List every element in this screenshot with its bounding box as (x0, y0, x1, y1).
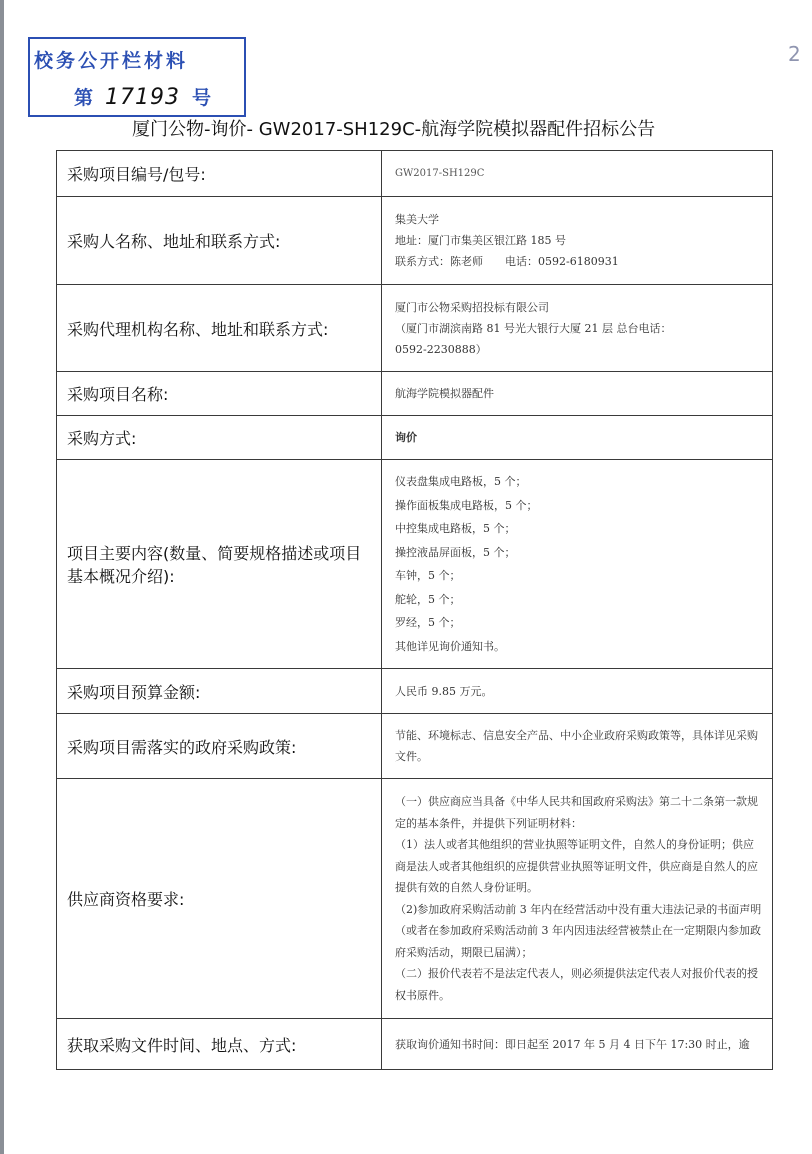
table-row: 供应商资格要求: （一）供应商应当具备《中华人民共和国政府采购法》第二十二条第一… (57, 779, 773, 1019)
budget-amount: 人民币 9.85 万元。 (395, 681, 762, 702)
stamp-number: 17193 (105, 85, 180, 110)
stamp-suffix: 号 (192, 87, 211, 109)
item-line: 车钟，5 个； (395, 564, 762, 588)
row-value: 航海学院模拟器配件 (382, 372, 773, 416)
row-label: 供应商资格要求: (57, 779, 382, 1019)
table-row: 项目主要内容(数量、简要规格描述或项目基本概况介绍): 仪表盘集成电路板，5 个… (57, 460, 773, 669)
row-value: （一）供应商应当具备《中华人民共和国政府采购法》第二十二条第一款规定的基本条件，… (382, 779, 773, 1019)
purchaser-name: 集美大学 (395, 209, 762, 230)
agency-phone: 0592-2230888） (395, 339, 762, 360)
qualification-paragraph: （2)参加政府采购活动前 3 年内在经营活动中没有重大违法记录的书面声明（或者在… (395, 899, 762, 964)
procurement-method: 询价 (395, 427, 762, 448)
qualification-paragraph: （1）法人或者其他组织的营业执照等证明文件，自然人的身份证明；供应商是法人或者其… (395, 834, 762, 899)
item-line: 舵轮，5 个； (395, 588, 762, 612)
table-row: 采购项目名称: 航海学院模拟器配件 (57, 372, 773, 416)
qualification-paragraph: （一）供应商应当具备《中华人民共和国政府采购法》第二十二条第一款规定的基本条件，… (395, 791, 762, 834)
qualification-paragraph: （二）报价代表若不是法定代表人，则必须提供法定代表人对报价代表的授权书原件。 (395, 963, 762, 1006)
announcement-table: 采购项目编号/包号: GW2017-SH129C 采购人名称、地址和联系方式: … (56, 150, 773, 1070)
row-label: 采购方式: (57, 416, 382, 460)
item-line: 罗经，5 个； (395, 611, 762, 635)
stamp-title: 校务公开栏材料 (34, 46, 188, 73)
table-row: 采购项目需落实的政府采购政策: 节能、环境标志、信息安全产品、中小企业政府采购政… (57, 714, 773, 779)
item-line: 操作面板集成电路板，5 个； (395, 494, 762, 518)
purchaser-address: 地址：厦门市集美区银江路 185 号 (395, 230, 762, 251)
table-row: 采购方式: 询价 (57, 416, 773, 460)
row-label: 采购项目名称: (57, 372, 382, 416)
table-row: 获取采购文件时间、地点、方式: 获取询价通知书时间：即日起至 2017 年 5 … (57, 1019, 773, 1070)
row-label: 采购人名称、地址和联系方式: (57, 197, 382, 285)
row-value: 仪表盘集成电路板，5 个； 操作面板集成电路板，5 个； 中控集成电路板，5 个… (382, 460, 773, 669)
table-row: 采购人名称、地址和联系方式: 集美大学 地址：厦门市集美区银江路 185 号 联… (57, 197, 773, 285)
row-label: 采购项目需落实的政府采购政策: (57, 714, 382, 779)
disclosure-stamp: 校务公开栏材料 第17193号 (28, 37, 246, 117)
row-label: 采购项目编号/包号: (57, 151, 382, 197)
stamp-number-line: 第17193号 (74, 83, 211, 110)
project-name: 航海学院模拟器配件 (395, 383, 762, 404)
table-row: 采购项目预算金额: 人民币 9.85 万元。 (57, 669, 773, 714)
row-value: 厦门市公物采购招投标有限公司 （厦门市湖滨南路 81 号光大银行大厦 21 层 … (382, 285, 773, 372)
purchaser-contact: 联系方式：陈老师 电话：0592-6180931 (395, 251, 762, 272)
row-label: 获取采购文件时间、地点、方式: (57, 1019, 382, 1070)
item-line: 其他详见询价通知书。 (395, 635, 762, 659)
agency-address: （厦门市湖滨南路 81 号光大银行大厦 21 层 总台电话： (395, 318, 762, 339)
row-value: 询价 (382, 416, 773, 460)
document-title: 厦门公物-询价- GW2017-SH129C-航海学院模拟器配件招标公告 (132, 115, 655, 141)
document-acquisition: 获取询价通知书时间：即日起至 2017 年 5 月 4 日下午 17:30 时止… (395, 1034, 762, 1055)
item-line: 操控液晶屏面板，5 个； (395, 541, 762, 565)
row-value: GW2017-SH129C (382, 151, 773, 197)
table-row: 采购代理机构名称、地址和联系方式: 厦门市公物采购招投标有限公司 （厦门市湖滨南… (57, 285, 773, 372)
row-value: 节能、环境标志、信息安全产品、中小企业政府采购政策等，具体详见采购文件。 (382, 714, 773, 779)
stamp-prefix: 第 (74, 87, 93, 109)
item-line: 中控集成电路板，5 个； (395, 517, 762, 541)
row-value: 人民币 9.85 万元。 (382, 669, 773, 714)
project-number: GW2017-SH129C (395, 163, 762, 184)
table-row: 采购项目编号/包号: GW2017-SH129C (57, 151, 773, 197)
agency-name: 厦门市公物采购招投标有限公司 (395, 297, 762, 318)
row-label: 采购项目预算金额: (57, 669, 382, 714)
row-value: 集美大学 地址：厦门市集美区银江路 185 号 联系方式：陈老师 电话：0592… (382, 197, 773, 285)
item-line: 仪表盘集成电路板，5 个； (395, 470, 762, 494)
scan-edge (0, 0, 4, 1154)
policy-text: 节能、环境标志、信息安全产品、中小企业政府采购政策等，具体详见采购文件。 (395, 725, 762, 767)
row-label: 采购代理机构名称、地址和联系方式: (57, 285, 382, 372)
row-label: 项目主要内容(数量、简要规格描述或项目基本概况介绍): (57, 460, 382, 669)
row-value: 获取询价通知书时间：即日起至 2017 年 5 月 4 日下午 17:30 时止… (382, 1019, 773, 1070)
page-number-mark: 2 (788, 42, 801, 66)
